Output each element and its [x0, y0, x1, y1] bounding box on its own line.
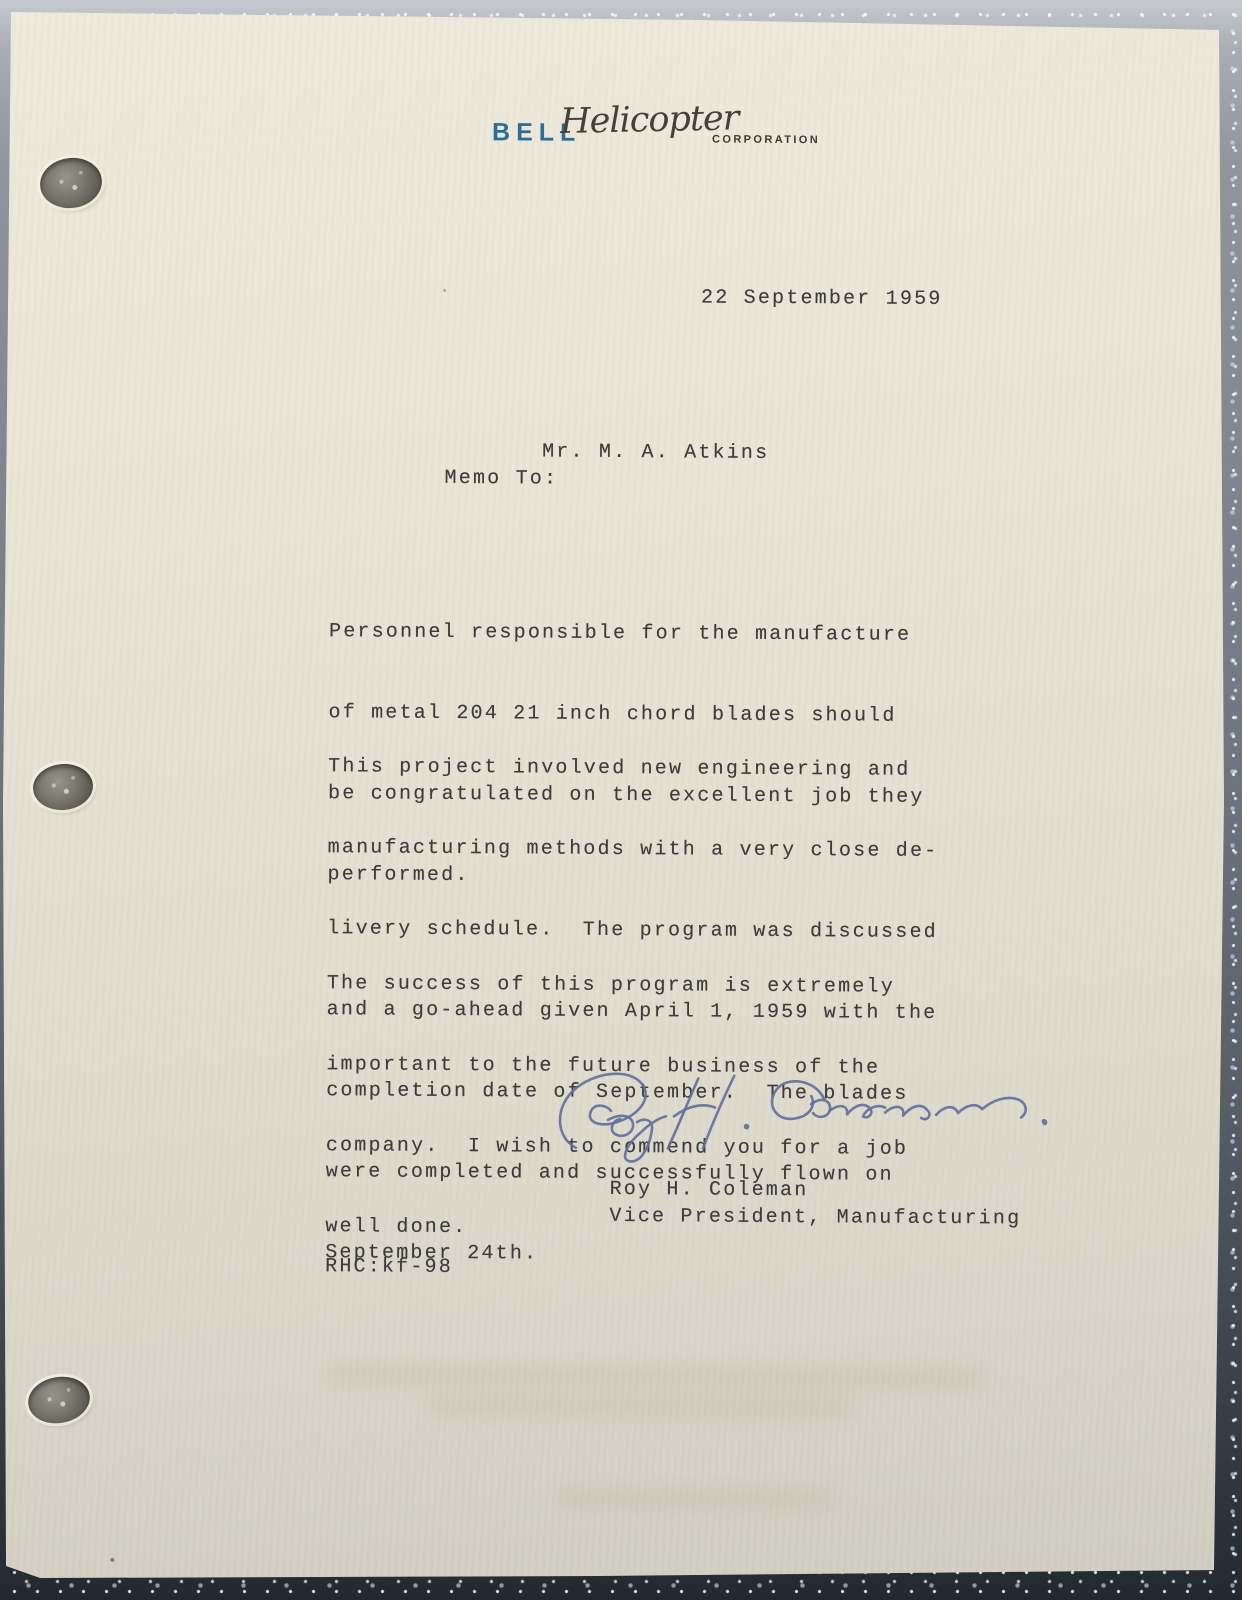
date-line: 22 September 1959	[701, 284, 943, 312]
letter-content: BELL Helicopter CORPORATION 22 September…	[0, 0, 1242, 1600]
photo-background: BELL Helicopter CORPORATION 22 September…	[0, 0, 1242, 1600]
letter-page: BELL Helicopter CORPORATION 22 September…	[0, 0, 1242, 1600]
memo-recipient: Mr. M. A. Atkins	[542, 439, 769, 467]
memo-to-row: Memo To: Mr. M. A. Atkins	[331, 437, 559, 546]
paragraph-1-line: Personnel responsible for the manufactur…	[329, 618, 926, 649]
memo-to-label: Memo To:	[445, 467, 559, 491]
signature-handwriting	[546, 1058, 1057, 1179]
bleed-through-smudge	[556, 1488, 836, 1510]
paper-speck	[443, 289, 446, 292]
paragraph-2-line: This project involved new engineering an…	[328, 753, 939, 784]
bleed-through-smudge	[326, 1362, 986, 1390]
signature-typed-title: Vice President, Manufacturing	[609, 1203, 1021, 1233]
paragraph-3-line: The success of this program is extremely	[327, 970, 909, 1001]
bleed-through-smudge	[426, 1395, 856, 1420]
reference-code: RHC:kf-98	[325, 1253, 453, 1281]
paragraph-2-line: manufacturing methods with a very close …	[328, 834, 939, 865]
signature-typed-name: Roy H. Coleman	[610, 1176, 809, 1204]
paper-speck	[110, 1558, 114, 1562]
letterhead-corporation-label: CORPORATION	[712, 134, 820, 147]
